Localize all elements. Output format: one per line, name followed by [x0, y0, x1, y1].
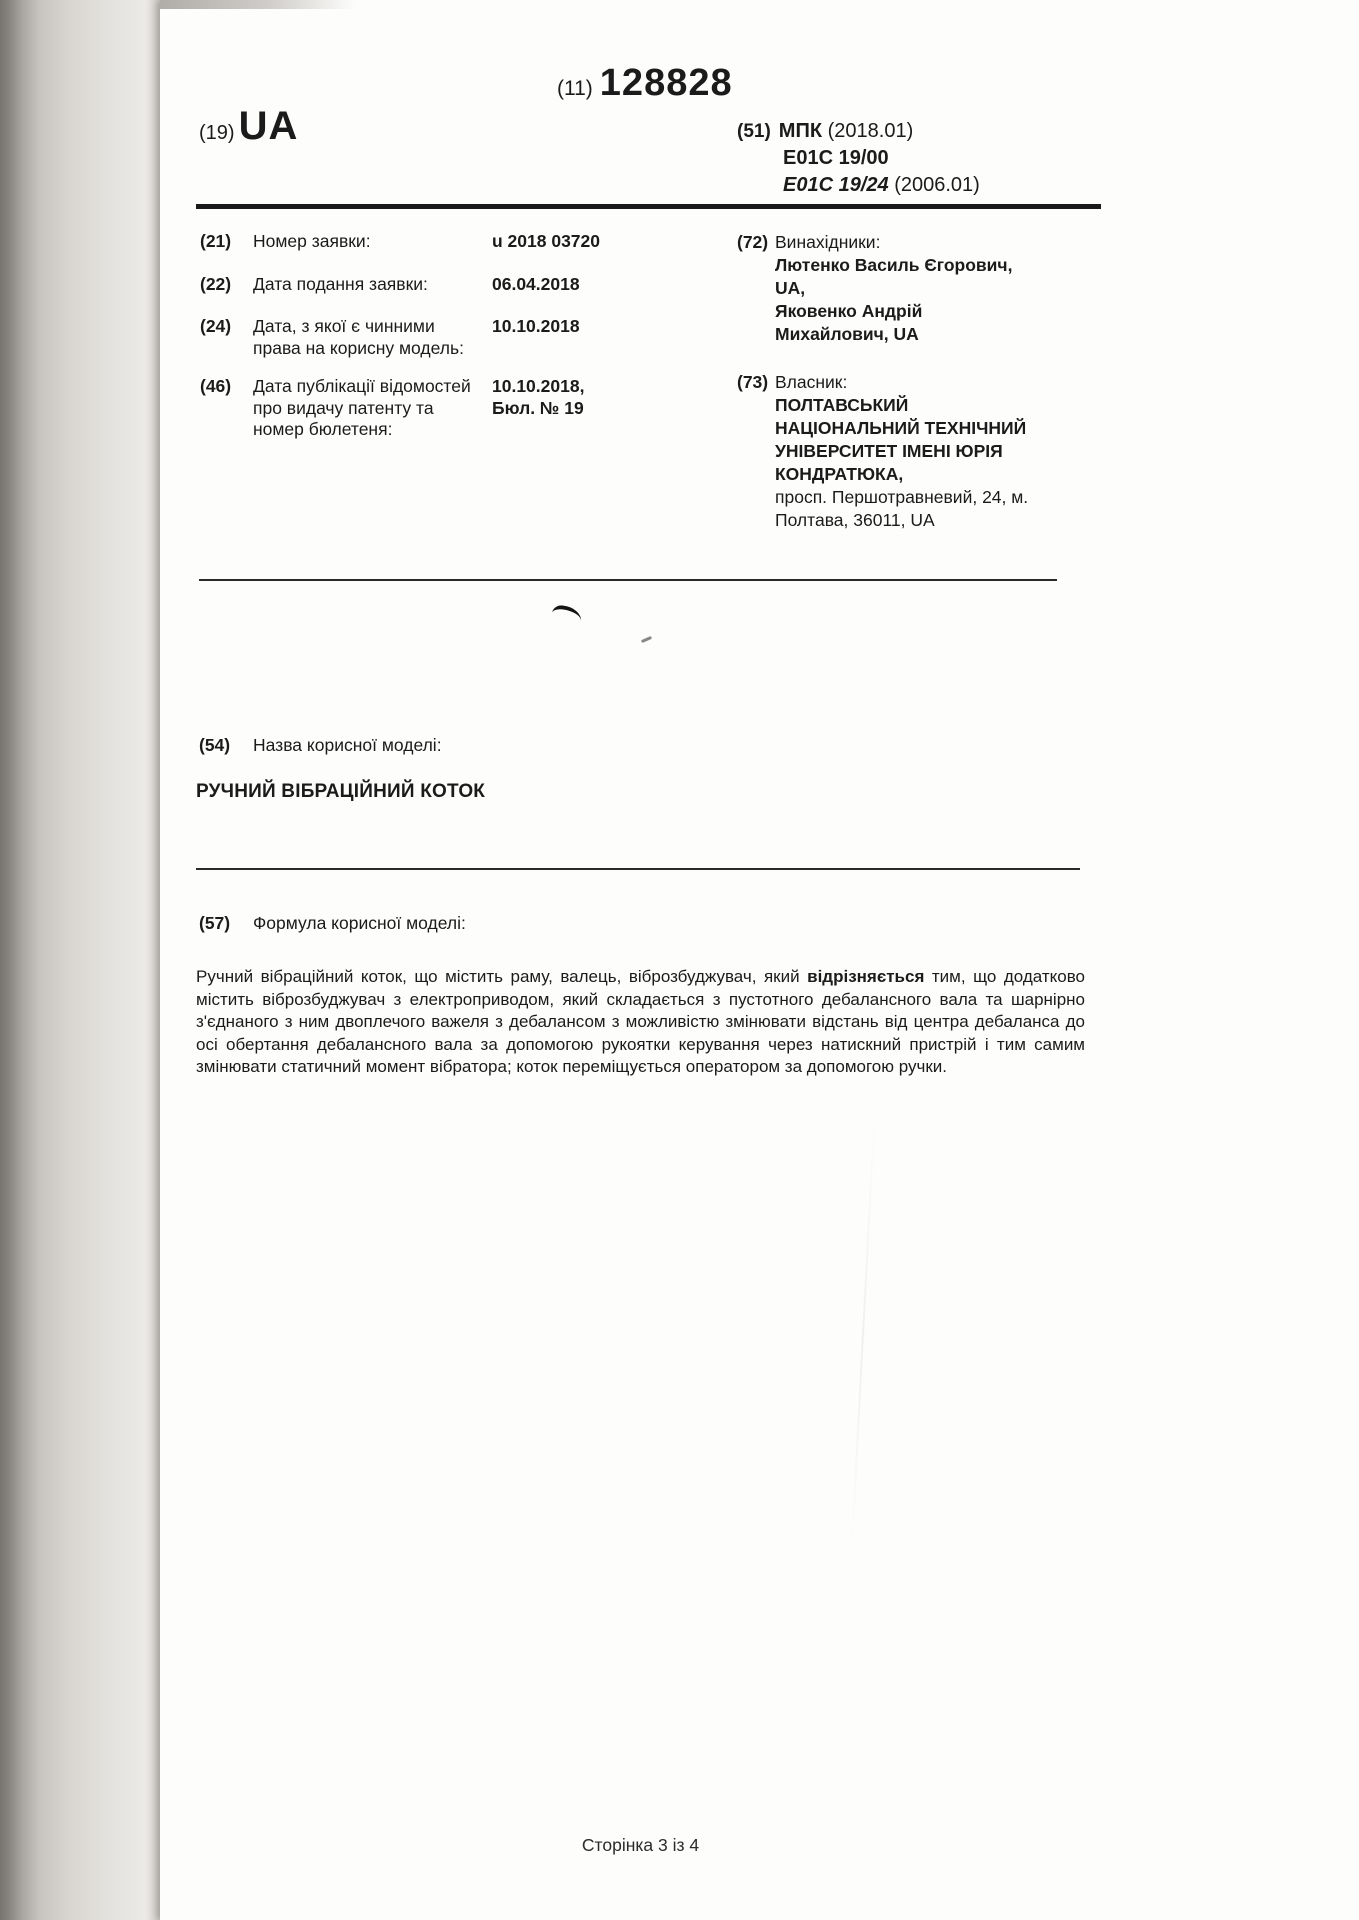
- field-54-code: (54): [199, 735, 253, 756]
- field-24-value: 10.10.2018: [492, 316, 655, 359]
- field-21-application-number: (21) Номер заявки: u 2018 03720: [200, 231, 655, 253]
- ipc-class-primary: E01C 19/00: [783, 145, 980, 172]
- field-24-code: (24): [200, 316, 253, 359]
- field-22-filing-date: (22) Дата подання заявки: 06.04.2018: [200, 274, 655, 296]
- field-73-owner: (73) Власник: ПОЛТАВСЬКИЙ НАЦІОНАЛЬНИЙ Т…: [737, 371, 1082, 532]
- ipc-class-secondary-edition: (2006.01): [894, 174, 980, 196]
- scan-top-edge: [160, 0, 355, 9]
- inventor-name: Яковенко Андрій Михайлович, UA: [775, 300, 1082, 346]
- owner-address: просп. Першотравневий, 24, м. Полтава, 3…: [775, 486, 1082, 532]
- ipc-label: МПК: [779, 120, 822, 142]
- inventor-name: Лютенко Василь Єгорович, UA,: [775, 254, 1082, 300]
- country-code: (19) UA: [199, 104, 298, 149]
- field-46-code: (46): [200, 376, 253, 441]
- section-divider-rule: [196, 868, 1080, 870]
- publication-number: (11) 128828: [557, 62, 733, 105]
- field-21-label: Номер заявки:: [253, 231, 492, 253]
- field-22-code: (22): [200, 274, 253, 296]
- field-54-label: Назва корисної моделі:: [253, 735, 442, 756]
- field-57-code: (57): [199, 913, 253, 934]
- owner-block: Власник: ПОЛТАВСЬКИЙ НАЦІОНАЛЬНИЙ ТЕХНІЧ…: [775, 371, 1082, 532]
- scanned-patent-page: { "pub_number": { "code": "(11)", "value…: [0, 0, 1359, 1920]
- inventors-label: Винахідники:: [775, 231, 1082, 254]
- publication-number-code: (11): [557, 77, 593, 101]
- owner-name: ПОЛТАВСЬКИЙ НАЦІОНАЛЬНИЙ ТЕХНІЧНИЙ УНІВЕ…: [775, 394, 1082, 486]
- publication-number-value: 128828: [600, 62, 733, 105]
- field-22-value: 06.04.2018: [492, 274, 655, 296]
- scan-backdrop-strip: [0, 0, 163, 1920]
- field-73-code: (73): [737, 371, 775, 532]
- ipc-class-secondary: E01C 19/24: [783, 174, 889, 196]
- header-divider-rule: [196, 204, 1101, 209]
- field-46-label: Дата публікації відомостей про видачу па…: [253, 376, 492, 441]
- field-72-inventors: (72) Винахідники: Лютенко Василь Єгорови…: [737, 231, 1082, 346]
- field-46-value: 10.10.2018, Бюл. № 19: [492, 376, 655, 441]
- field-72-code: (72): [737, 231, 775, 346]
- field-24-label: Дата, з якої є чинними права на корисну …: [253, 316, 492, 359]
- claims-text-before: Ручний вібраційний коток, що містить рам…: [196, 967, 807, 986]
- inventors-block: Винахідники: Лютенко Василь Єгорович, UA…: [775, 231, 1082, 346]
- field-54-title-section: (54) Назва корисної моделі:: [199, 735, 442, 756]
- ipc-header-row: (51) МПК (2018.01): [737, 118, 980, 145]
- page-indicator: Сторінка 3 із 4: [196, 1835, 1085, 1856]
- field-21-value: u 2018 03720: [492, 231, 655, 253]
- field-22-label: Дата подання заявки:: [253, 274, 492, 296]
- field-57-label: Формула корисної моделі:: [253, 913, 466, 934]
- ipc-edition: (2018.01): [828, 120, 914, 142]
- field-24-effective-date: (24) Дата, з якої є чинними права на кор…: [200, 316, 655, 359]
- ipc-code: (51): [737, 118, 771, 145]
- field-57-claims-section: (57) Формула корисної моделі:: [199, 913, 466, 934]
- field-21-code: (21): [200, 231, 253, 253]
- section-divider-rule: [199, 579, 1057, 581]
- utility-model-title: РУЧНИЙ ВІБРАЦІЙНИЙ КОТОК: [196, 781, 485, 803]
- ipc-label-edition: МПК (2018.01): [779, 118, 913, 145]
- field-46-publication-date: (46) Дата публікації відомостей про вида…: [200, 376, 655, 441]
- claims-text: Ручний вібраційний коток, що містить рам…: [196, 966, 1085, 1079]
- country-code-label: (19): [199, 122, 235, 145]
- claims-text-bold: відрізняється: [807, 967, 924, 986]
- owner-label: Власник:: [775, 371, 1082, 394]
- ipc-class-secondary-row: E01C 19/24 (2006.01): [783, 172, 980, 199]
- ipc-classification: (51) МПК (2018.01) E01C 19/00 E01C 19/24…: [737, 118, 980, 199]
- country-code-value: UA: [239, 104, 299, 149]
